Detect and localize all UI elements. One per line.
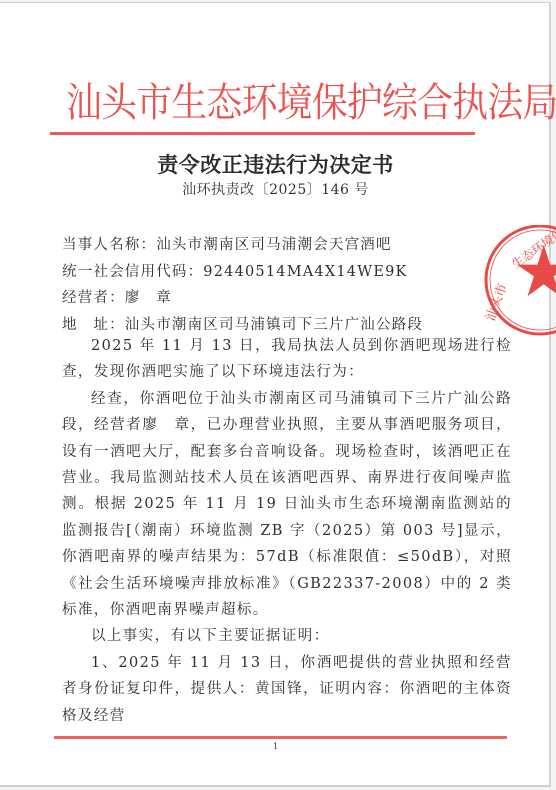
paragraph-findings: 经查，你酒吧位于汕头市潮南区司马浦镇司下三片广汕公路段，经营者廖 章，已办理营业… bbox=[62, 386, 512, 624]
paragraph-evidence-1: 1、2025 年 11 月 13 日，你酒吧提供的营业执照和经营者身份证复印件，… bbox=[62, 650, 512, 729]
footer-red-rule bbox=[54, 736, 507, 739]
header-red-rule bbox=[50, 132, 475, 135]
party-name: 当事人名称：汕头市潮南区司马浦潮会天宫酒吧 bbox=[62, 232, 423, 259]
official-seal-stamp: 汕头市 生态环境保护 bbox=[478, 225, 556, 345]
paragraph-inspection: 2025 年 11 月 13 日，我局执法人员到你酒吧现场进行检查，发现你酒吧实… bbox=[62, 333, 512, 386]
party-info: 当事人名称：汕头市潮南区司马浦潮会天宫酒吧 统一社会信用代码：92440514M… bbox=[62, 232, 423, 338]
paragraph-evidence-intro: 以上事实，有以下主要证据证明： bbox=[62, 623, 512, 649]
body-text: 2025 年 11 月 13 日，我局执法人员到你酒吧现场进行检查，发现你酒吧实… bbox=[62, 333, 512, 729]
document-page: 汕头市生态环境保护综合执法局 责令改正违法行为决定书 汕环执责改〔2025〕14… bbox=[0, 2, 551, 787]
agency-name-header: 汕头市生态环境保护综合执法局 bbox=[66, 77, 496, 129]
page-number: 1 bbox=[0, 742, 551, 751]
document-title: 责令改正违法行为决定书 bbox=[0, 149, 551, 179]
document-number: 汕环执责改〔2025〕146 号 bbox=[0, 179, 551, 199]
credit-code: 统一社会信用代码：92440514MA4X14WE9K bbox=[62, 259, 423, 286]
operator: 经营者：廖 章 bbox=[62, 285, 423, 312]
